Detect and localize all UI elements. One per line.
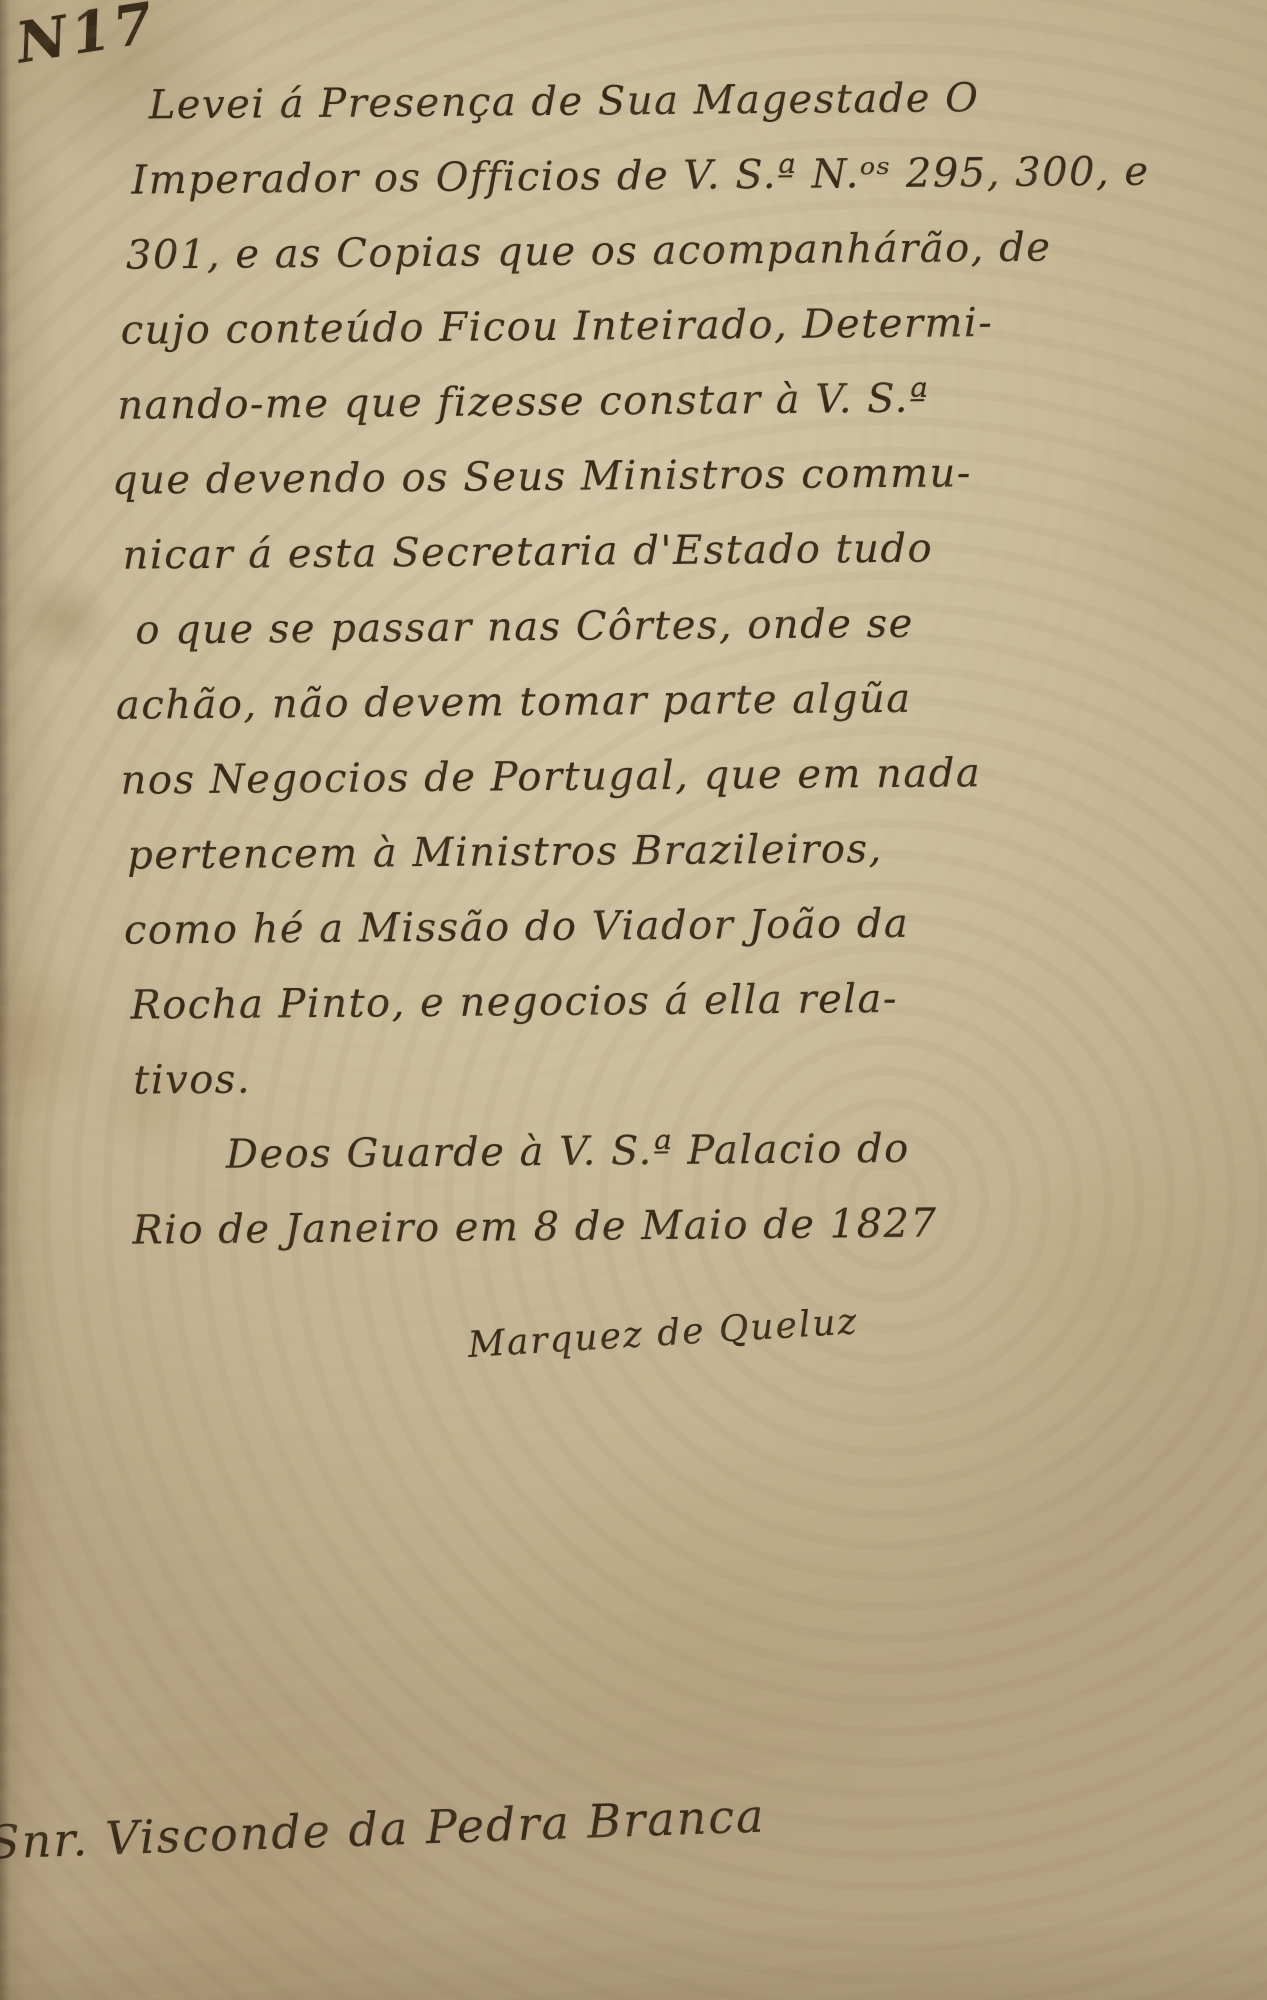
manuscript-line: tivos. [133,1034,1206,1118]
manuscript-line: que devendo os Seus Ministros commu- [112,434,1201,518]
manuscript-line: Imperador os Officios de V. S.ª N.ᵒˢ 295… [131,134,1198,218]
addressee-line: Snr. Visconde da Pedra Branca [0,1788,766,1869]
manuscript-line: pertencem à Ministros Brazileiros, [127,809,1204,893]
manuscript-line: como hé a Missão do Viador João da [124,884,1205,968]
signature: Marquez de Queluz [467,1280,1208,1366]
manuscript-line: o que se passar nas Côrtes, onde se [135,584,1202,668]
manuscript-line: 301, e as Copias que os acompanhárão, de [126,209,1199,293]
manuscript-line: nicar á esta Secretaria d'Estado tudo [122,509,1201,593]
manuscript-line: nos Negocios de Portugal, que em nada [120,734,1203,818]
manuscript-line: nando-me que fizesse constar à V. S.ª [117,359,1200,443]
letter-body: Levei á Presença de Sua Magestade O Impe… [106,59,1207,1349]
manuscript-line: Rocha Pinto, e negocios á ella rela- [130,959,1205,1043]
folio-number: N17 [12,0,162,77]
closing-dateline: Rio de Janeiro em 8 de Maio de 1827 [132,1184,1207,1268]
manuscript-line: achão, não devem tomar parte algũa [116,659,1203,743]
manuscript-line: Levei á Presença de Sua Magestade O [148,59,1197,143]
manuscript-line: cujo conteúdo Ficou Inteirado, Determi- [120,284,1199,368]
manuscript-page: N17 Levei á Presença de Sua Magestade O … [0,0,1267,2000]
closing-salutation-line: Deos Guarde à V. S.ª Palacio do [226,1109,1207,1193]
